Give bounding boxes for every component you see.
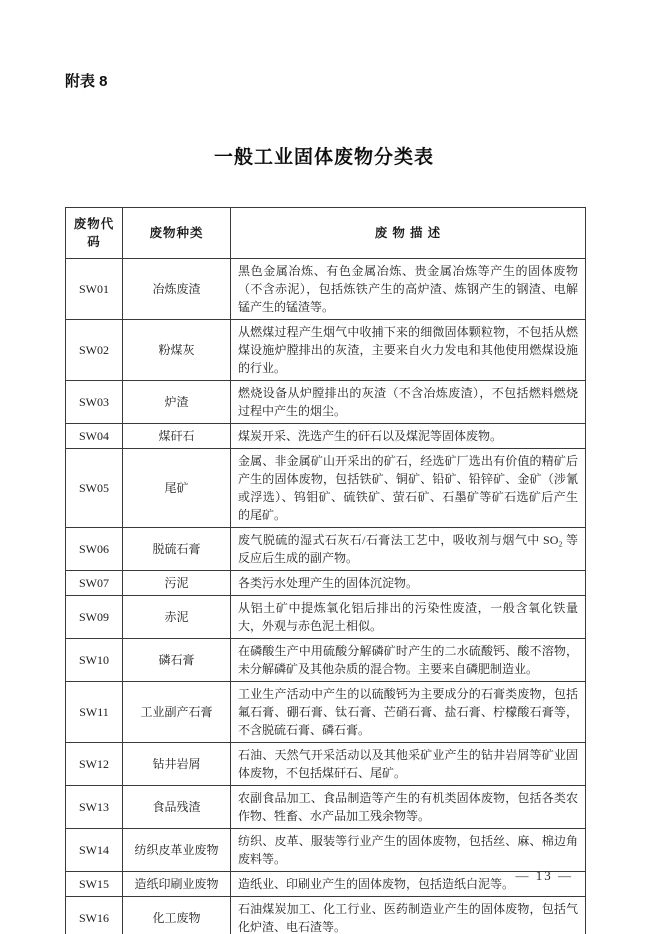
waste-desc-cell: 黑色金属冶炼、有色金属冶炼、贵金属冶炼等产生的固体废物（不含赤泥），包括炼铁产生… [231,259,586,320]
waste-desc-cell: 金属、非金属矿山开采出的矿石，经选矿厂选出有价值的精矿后产生的固体废物，包括铁矿… [231,449,586,528]
waste-type-cell: 尾矿 [123,449,231,528]
waste-code-cell: SW11 [66,682,123,743]
table-row: SW04 煤矸石 煤炭开采、洗选产生的矸石以及煤泥等固体废物。 [66,424,586,449]
waste-code-cell: SW09 [66,596,123,639]
waste-code-cell: SW02 [66,320,123,381]
waste-type-cell: 化工废物 [123,897,231,934]
waste-classification-table: 废物代码 废物种类 废 物 描 述 SW01 冶炼废渣 黑色金属冶炼、有色金属冶… [65,207,586,934]
waste-desc-cell: 纺织、皮革、服装等行业产生的固体废物，包括丝、麻、棉边角废料等。 [231,829,586,872]
table-header-row: 废物代码 废物种类 废 物 描 述 [66,208,586,259]
waste-code-cell: SW03 [66,381,123,424]
waste-type-cell: 脱硫石膏 [123,528,231,571]
page-title: 一般工业固体废物分类表 [0,142,648,169]
waste-code-cell: SW04 [66,424,123,449]
table-row: SW03 炉渣 燃烧设备从炉膛排出的灰渣（不含冶炼废渣），不包括燃料燃烧过程中产… [66,381,586,424]
table-row: SW01 冶炼废渣 黑色金属冶炼、有色金属冶炼、贵金属冶炼等产生的固体废物（不含… [66,259,586,320]
waste-code-cell: SW10 [66,639,123,682]
column-header-waste-description: 废 物 描 述 [231,208,586,259]
waste-type-cell: 污泥 [123,571,231,596]
waste-code-cell: SW12 [66,743,123,786]
waste-type-cell: 冶炼废渣 [123,259,231,320]
waste-desc-cell: 农副食品加工、食品制造等产生的有机类固体废物，包括各类农作物、牲畜、水产品加工残… [231,786,586,829]
table-row: SW13 食品残渣 农副食品加工、食品制造等产生的有机类固体废物，包括各类农作物… [66,786,586,829]
table-row: SW07 污泥 各类污水处理产生的固体沉淀物。 [66,571,586,596]
waste-desc-cell: 废气脱硫的湿式石灰石/石膏法工艺中，吸收剂与烟气中 SO₂ 等反应后生成的副产物… [231,528,586,571]
waste-desc-cell: 工业生产活动中产生的以硫酸钙为主要成分的石膏类废物，包括氟石膏、硼石膏、钛石膏、… [231,682,586,743]
waste-type-cell: 磷石膏 [123,639,231,682]
table-row: SW06 脱硫石膏 废气脱硫的湿式石灰石/石膏法工艺中，吸收剂与烟气中 SO₂ … [66,528,586,571]
table-row: SW14 纺织皮革业废物 纺织、皮革、服装等行业产生的固体废物，包括丝、麻、棉边… [66,829,586,872]
waste-code-cell: SW13 [66,786,123,829]
waste-code-cell: SW01 [66,259,123,320]
waste-desc-cell: 各类污水处理产生的固体沉淀物。 [231,571,586,596]
waste-type-cell: 钻井岩屑 [123,743,231,786]
waste-type-cell: 食品残渣 [123,786,231,829]
table-row: SW02 粉煤灰 从燃煤过程产生烟气中收捕下来的细微固体颗粒物，不包括从燃煤设施… [66,320,586,381]
appendix-label: 附表 8 [65,70,108,91]
table-body: SW01 冶炼废渣 黑色金属冶炼、有色金属冶炼、贵金属冶炼等产生的固体废物（不含… [66,259,586,934]
table-row: SW11 工业副产石膏 工业生产活动中产生的以硫酸钙为主要成分的石膏类废物，包括… [66,682,586,743]
waste-code-cell: SW06 [66,528,123,571]
waste-type-cell: 赤泥 [123,596,231,639]
waste-desc-cell: 石油煤炭加工、化工行业、医药制造业产生的固体废物，包括气化炉渣、电石渣等。 [231,897,586,934]
waste-desc-cell: 从铝土矿中提炼氧化铝后排出的污染性废渣，一般含氧化铁量大，外观与赤色泥土相似。 [231,596,586,639]
waste-type-cell: 工业副产石膏 [123,682,231,743]
page-number: — 13 — [65,868,585,884]
waste-code-cell: SW07 [66,571,123,596]
waste-type-cell: 炉渣 [123,381,231,424]
column-header-waste-type: 废物种类 [123,208,231,259]
table-row: SW10 磷石膏 在磷酸生产中用硫酸分解磷矿时产生的二水硫酸钙、酸不溶物，未分解… [66,639,586,682]
waste-type-cell: 煤矸石 [123,424,231,449]
waste-desc-cell: 石油、天然气开采活动以及其他采矿业产生的钻井岩屑等矿业固体废物，不包括煤矸石、尾… [231,743,586,786]
table-row: SW09 赤泥 从铝土矿中提炼氧化铝后排出的污染性废渣，一般含氧化铁量大，外观与… [66,596,586,639]
waste-code-cell: SW14 [66,829,123,872]
waste-desc-cell: 燃烧设备从炉膛排出的灰渣（不含冶炼废渣），不包括燃料燃烧过程中产生的烟尘。 [231,381,586,424]
waste-desc-cell: 从燃煤过程产生烟气中收捕下来的细微固体颗粒物，不包括从燃煤设施炉膛排出的灰渣，主… [231,320,586,381]
table-row: SW12 钻井岩屑 石油、天然气开采活动以及其他采矿业产生的钻井岩屑等矿业固体废… [66,743,586,786]
waste-desc-cell: 在磷酸生产中用硫酸分解磷矿时产生的二水硫酸钙、酸不溶物，未分解磷矿及其他杂质的混… [231,639,586,682]
table-row: SW16 化工废物 石油煤炭加工、化工行业、医药制造业产生的固体废物，包括气化炉… [66,897,586,934]
document-page: 附表 8 一般工业固体废物分类表 废物代码 废物种类 废 物 描 述 SW01 … [0,0,648,934]
waste-desc-cell: 煤炭开采、洗选产生的矸石以及煤泥等固体废物。 [231,424,586,449]
table-row: SW05 尾矿 金属、非金属矿山开采出的矿石，经选矿厂选出有价值的精矿后产生的固… [66,449,586,528]
waste-type-cell: 纺织皮革业废物 [123,829,231,872]
waste-code-cell: SW05 [66,449,123,528]
waste-code-cell: SW16 [66,897,123,934]
waste-type-cell: 粉煤灰 [123,320,231,381]
column-header-waste-code: 废物代码 [66,208,123,259]
